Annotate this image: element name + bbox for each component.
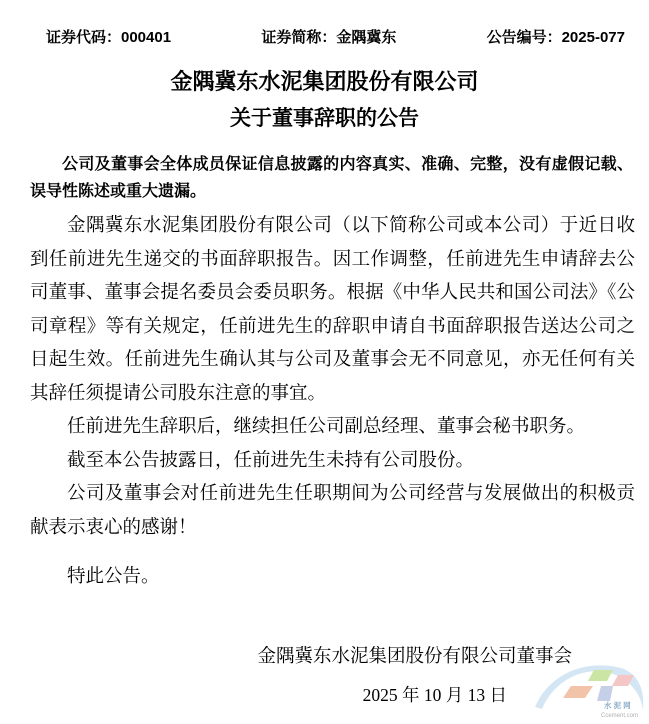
watermark-blue-block-icon [597, 686, 613, 701]
document-header-row: 证券代码：000401 证券简称：金隅冀东 公告编号：2025-077 [0, 0, 649, 47]
announcement-number: 公告编号：2025-077 [487, 26, 625, 47]
announcement-title: 关于董事辞职的公告 [0, 103, 649, 133]
watermark-green-block-icon [588, 670, 613, 681]
company-title: 金隅冀东水泥集团股份有限公司 [0, 67, 649, 97]
body-paragraph-2: 任前进先生辞职后，继续担任公司副总经理、董事会秘书职务。 [30, 411, 635, 445]
announcement-document: 证券代码：000401 证券简称：金隅冀东 公告编号：2025-077 金隅冀东… [0, 0, 649, 724]
watermark-site-name: 水 泥 网 [604, 700, 631, 710]
body-paragraph-1: 金隅冀东水泥集团股份有限公司（以下简称公司或本公司）于近日收到任前进先生递交的书… [30, 210, 635, 411]
watermark-site-domain: Ccement.com [601, 713, 638, 719]
body-paragraph-3: 截至本公告披露日，任前进先生未持有公司股份。 [30, 445, 635, 479]
stock-short-name: 证券简称：金隅冀东 [261, 26, 396, 47]
body-paragraph-4: 公司及董事会对任前进先生任职期间为公司经营与发展做出的积极贡献表示衷心的感谢！ [30, 478, 635, 545]
closing-statement: 特此公告。 [30, 561, 635, 595]
stock-code: 证券代码：000401 [46, 26, 171, 47]
ccement-watermark-logo: 水 泥 网 Ccement.com [531, 652, 649, 722]
disclaimer-statement: 公司及董事会全体成员保证信息披露的内容真实、准确、完整，没有虚假记载、误导性陈述… [30, 151, 633, 205]
watermark-salmon-block-icon [563, 686, 593, 698]
